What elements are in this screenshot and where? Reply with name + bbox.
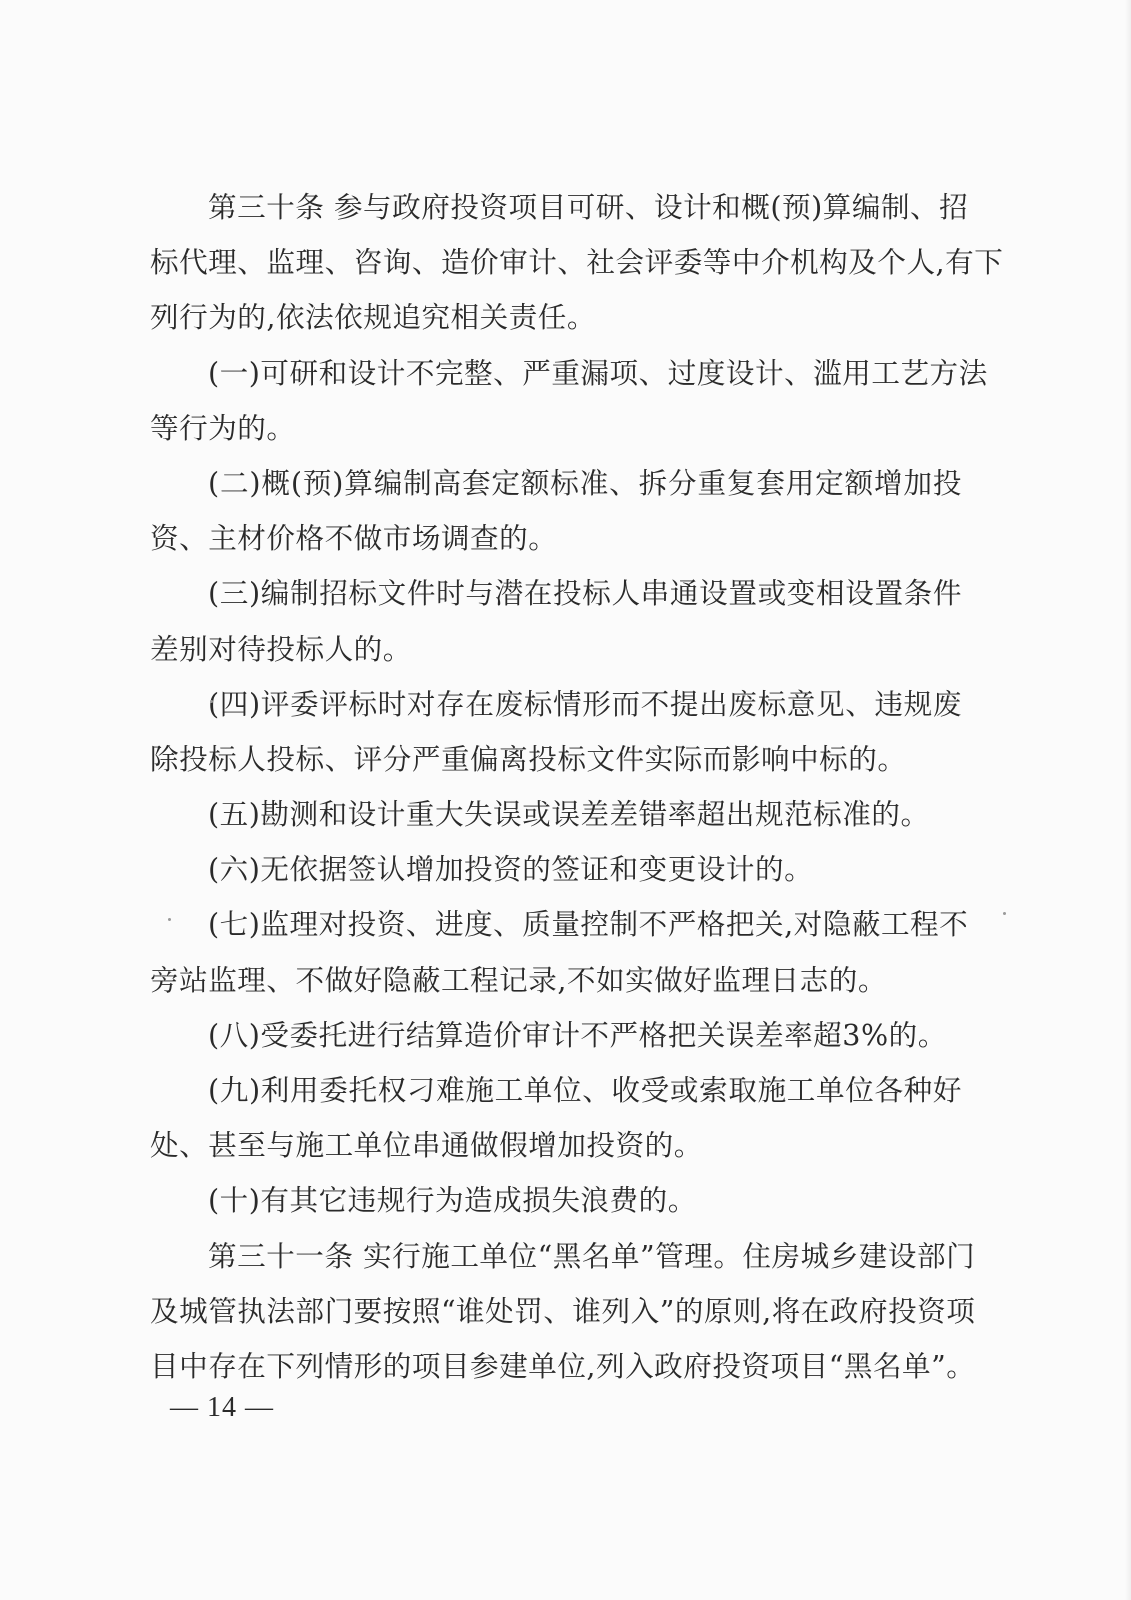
article-31-line-1: 第三十一条 实行施工单位“黑名单”管理。住房城乡建设部门: [150, 1229, 962, 1284]
article-31-line-2: 及城管执法部门要按照“谁处罚、谁列入”的原则,将在政府投资项: [150, 1284, 962, 1339]
scan-speck: [1003, 912, 1006, 915]
item-2-line-2: 资、主材价格不做市场调查的。: [150, 511, 962, 566]
item-3-line-1: (三)编制招标文件时与潜在投标人串通设置或变相设置条件: [150, 566, 962, 621]
item-1-line-2: 等行为的。: [150, 401, 962, 456]
item-9-line-2: 处、甚至与施工单位串通做假增加投资的。: [150, 1118, 962, 1173]
item-1-line-1: (一)可研和设计不完整、严重漏项、过度设计、滥用工艺方法: [150, 346, 962, 401]
item-7-line-2: 旁站监理、不做好隐蔽工程记录,不如实做好监理日志的。: [150, 953, 962, 1008]
item-3-line-2: 差别对待投标人的。: [150, 622, 962, 677]
item-10-line-1: (十)有其它违规行为造成损失浪费的。: [150, 1173, 962, 1228]
scan-speck: [168, 918, 171, 921]
article-30-line-3: 列行为的,依法依规追究相关责任。: [150, 290, 962, 345]
item-6-line-1: (六)无依据签认增加投资的签证和变更设计的。: [150, 842, 962, 897]
page-number: — 14 —: [170, 1392, 274, 1424]
item-2-line-1: (二)概(预)算编制高套定额标准、拆分重复套用定额增加投: [150, 456, 962, 511]
scan-edge-shadow: [1125, 0, 1131, 1600]
item-8-line-1: (八)受委托进行结算造价审计不严格把关误差率超3%的。: [150, 1008, 962, 1063]
document-body: 第三十条 参与政府投资项目可研、设计和概(预)算编制、招 标代理、监理、咨询、造…: [150, 180, 962, 1394]
item-4-line-2: 除投标人投标、评分严重偏离投标文件实际而影响中标的。: [150, 732, 962, 787]
article-30-line-1: 第三十条 参与政府投资项目可研、设计和概(预)算编制、招: [150, 180, 962, 235]
item-9-line-1: (九)利用委托权刁难施工单位、收受或索取施工单位各种好: [150, 1063, 962, 1118]
article-31-line-3: 目中存在下列情形的项目参建单位,列入政府投资项目“黑名单”。: [150, 1339, 962, 1394]
item-4-line-1: (四)评委评标时对存在废标情形而不提出废标意见、违规废: [150, 677, 962, 732]
item-5-line-1: (五)勘测和设计重大失误或误差差错率超出规范标准的。: [150, 787, 962, 842]
article-30-line-2: 标代理、监理、咨询、造价审计、社会评委等中介机构及个人,有下: [150, 235, 962, 290]
scan-speck: [210, 700, 213, 703]
item-7-line-1: (七)监理对投资、进度、质量控制不严格把关,对隐蔽工程不: [150, 897, 962, 952]
